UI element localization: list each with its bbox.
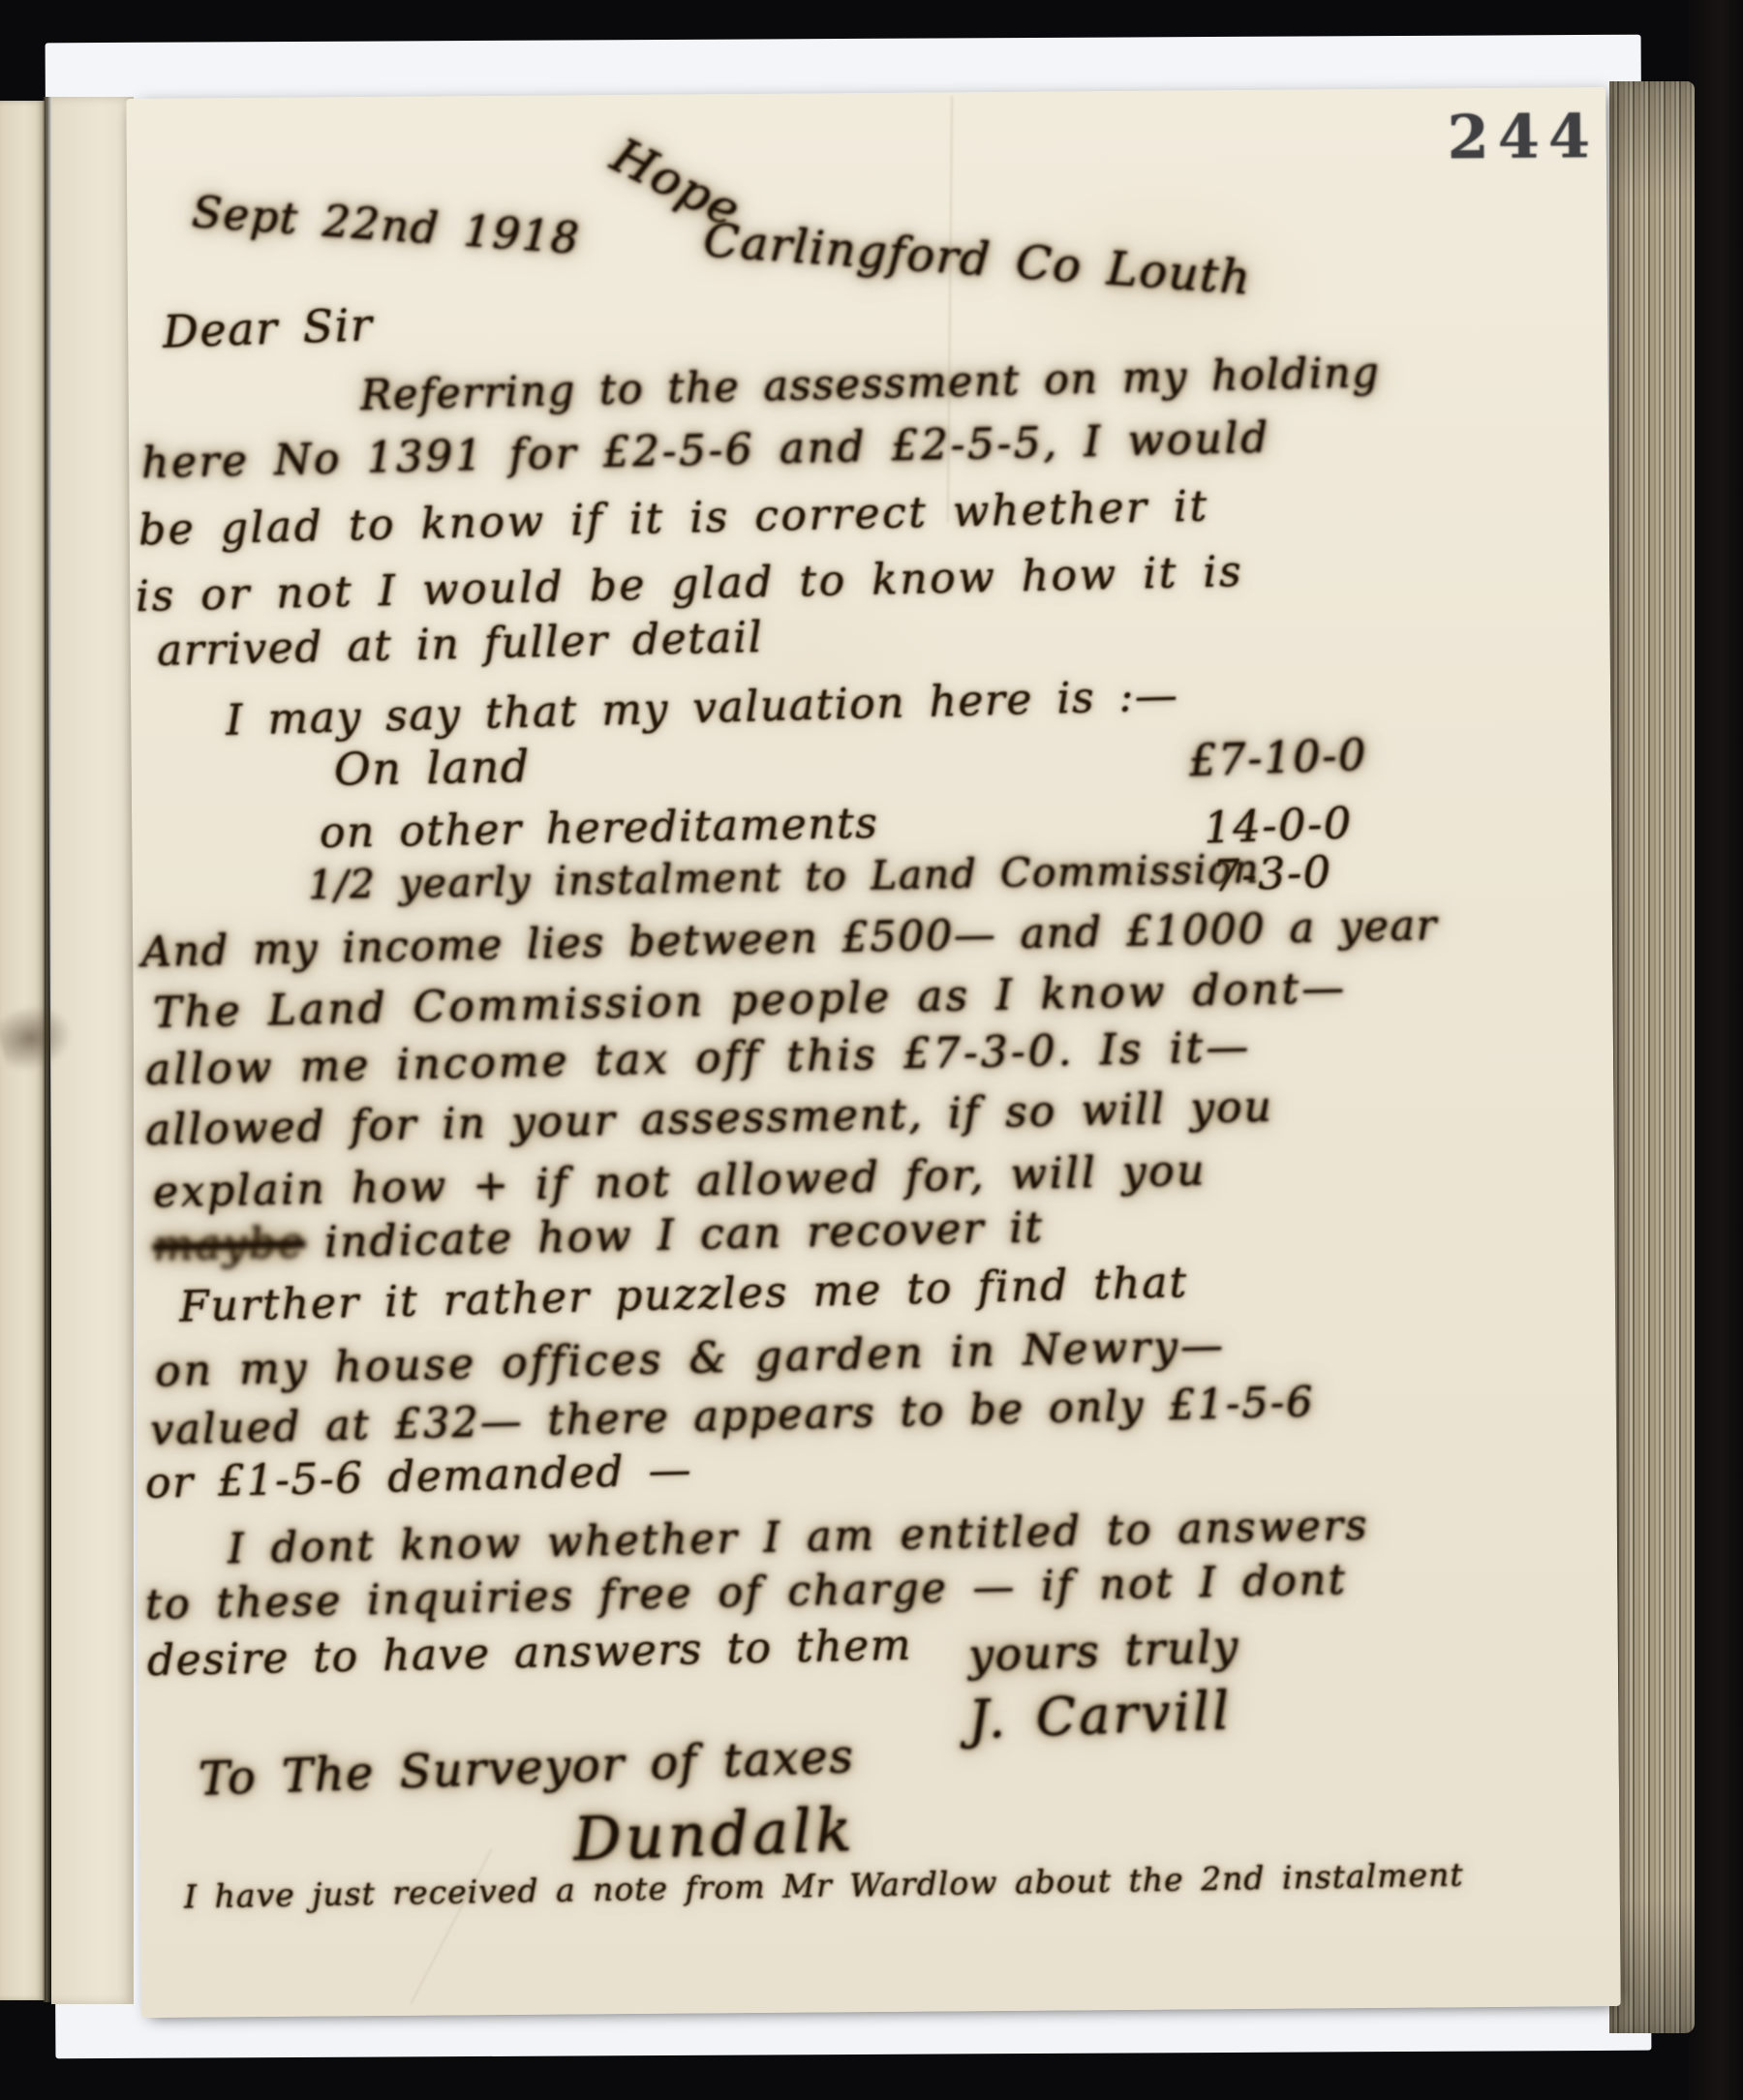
book-cover bbox=[1689, 0, 1743, 2100]
valuation-label: on other hereditaments bbox=[320, 799, 879, 858]
valuation-amount: £7-10-0 bbox=[1188, 729, 1368, 786]
valuation-amount: 7-3-0 bbox=[1211, 846, 1333, 901]
addressee-line: Dundalk bbox=[572, 1794, 857, 1874]
page-number-stamp: 244 bbox=[1447, 101, 1599, 172]
salutation: Dear Sir bbox=[162, 298, 374, 358]
valediction: yours truly bbox=[967, 1620, 1240, 1682]
book-scan: 244 Sept 22nd 1918 Hope Carlingford Co L… bbox=[0, 0, 1743, 2100]
valuation-label: On land bbox=[334, 740, 532, 796]
page-stack-edge bbox=[1609, 81, 1695, 2033]
struck-word: maybe bbox=[153, 1218, 306, 1270]
signature: J. Carvill bbox=[967, 1680, 1233, 1750]
